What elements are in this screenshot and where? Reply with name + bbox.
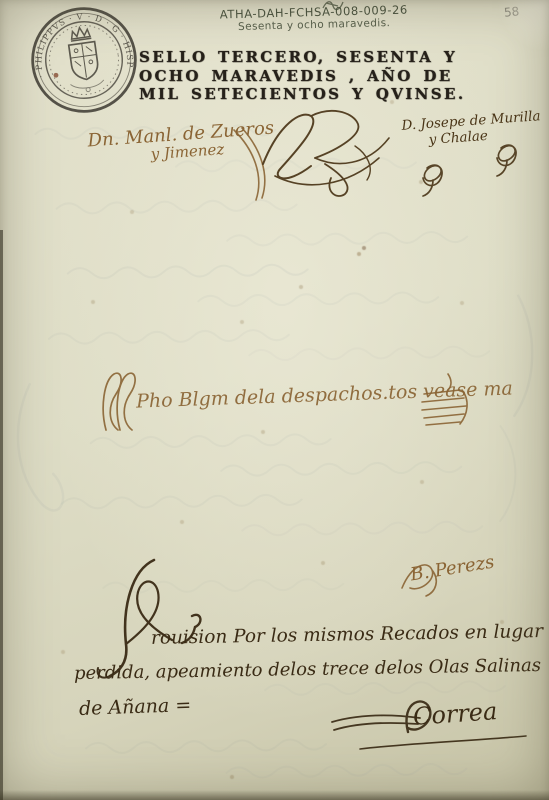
- manuscript-page: 58 ATHA-DAH-FCHSA-008-009-26 Sesenta y o…: [0, 0, 549, 800]
- signature-right-rubric-knots: [405, 140, 535, 200]
- heading-line-3: MIL SETECIENTOS Y QVINSE.: [139, 85, 431, 104]
- body-line-3: de Añana =: [79, 694, 192, 720]
- royal-seal: · PHILIPPVS · V · D · G · HISPANIAR · RE…: [21, 0, 147, 123]
- printed-heading: SELLO TERCERO, SESENTA Y OCHO MARAVEDIS …: [139, 48, 431, 104]
- crown-icon: [69, 26, 91, 41]
- shield-icon: [69, 42, 100, 82]
- ink-blot: [53, 73, 58, 78]
- heading-line-1: SELLO TERCERO, SESENTA Y: [139, 48, 431, 67]
- scan-edge-left: [0, 230, 3, 800]
- docket-closing-hatch-flourish: [418, 372, 470, 428]
- folio-number: 58: [503, 4, 520, 20]
- annotation-scribble-mark: [320, 0, 346, 13]
- foxing-specks: [0, 0, 2, 2]
- heading-line-2: OCHO MARAVEDIS , AÑO DE: [139, 67, 431, 86]
- closing-signature: Correa: [412, 697, 498, 731]
- signature-middle-rubric: [255, 106, 403, 198]
